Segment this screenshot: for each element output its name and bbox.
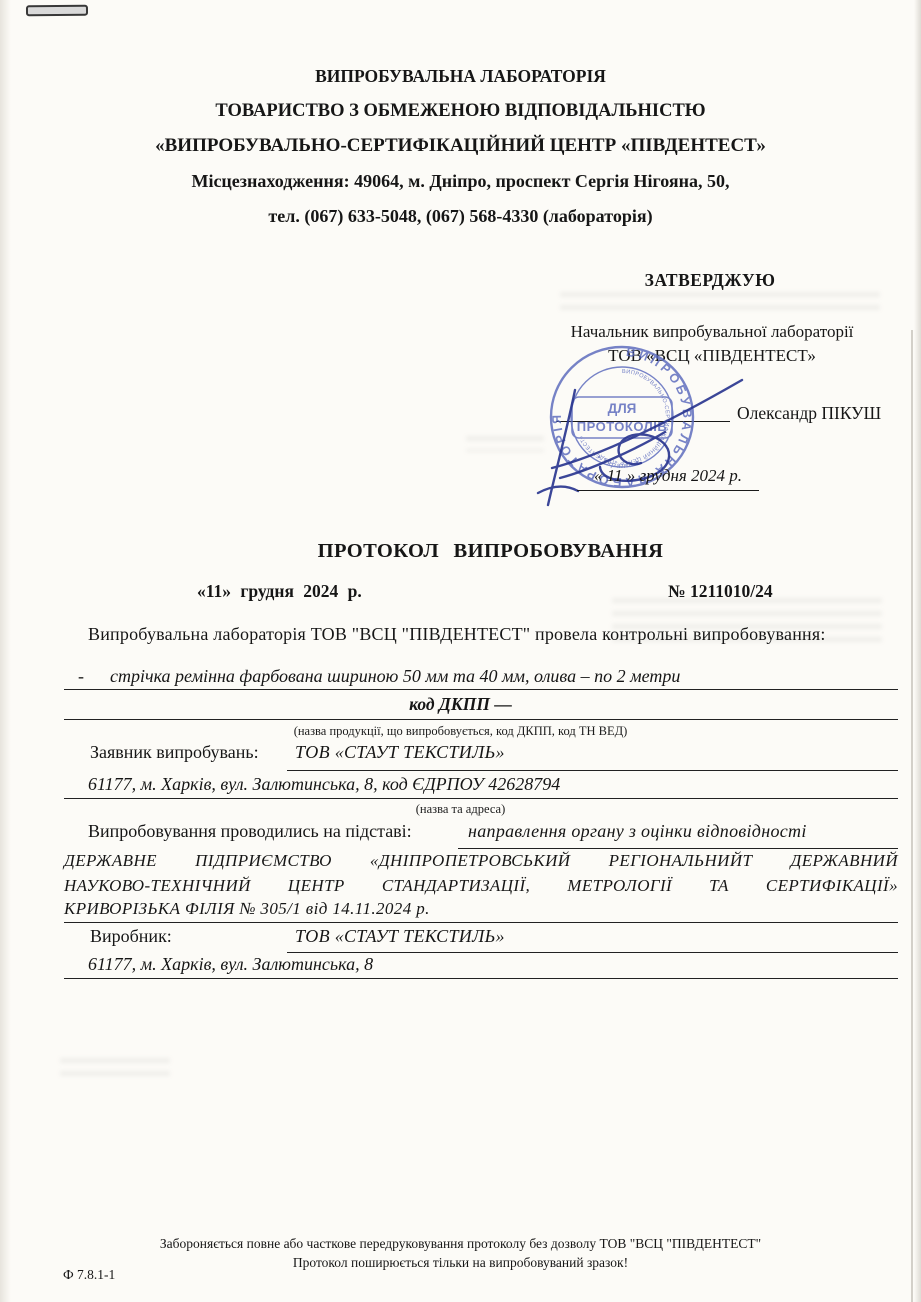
- manufacturer-address: 61177, м. Харків, вул. Залютинська, 8: [88, 954, 373, 975]
- staple-mark: [26, 5, 88, 17]
- bleedthrough-smudge: [560, 292, 880, 318]
- protocol-number: № 1211010/24: [668, 581, 773, 602]
- applicant-caption: (назва та адреса): [0, 802, 921, 817]
- dkpp-code-line: код ДКПП —: [0, 694, 921, 715]
- rule-under-applicant-address: [64, 798, 898, 799]
- basis-detail-line1: ДЕРЖАВНЕ ПІДПРИЄМСТВО «ДНІПРОПЕТРОВСЬКИЙ…: [64, 851, 898, 871]
- protocol-intro: Випробувальна лабораторія ТОВ "ВСЦ "ПІВД…: [88, 624, 900, 645]
- left-scan-shade: [0, 0, 12, 1302]
- basis-detail-line3: КРИВОРІЗЬКА ФІЛІЯ № 305/1 від 14.11.2024…: [64, 899, 430, 919]
- bleedthrough-smudge: [60, 1058, 170, 1076]
- basis-label: Випробовування проводились на підставі:: [88, 821, 412, 842]
- manufacturer-label: Виробник:: [90, 926, 172, 947]
- scanned-protocol-page: ВИПРОБУВАЛЬНА ЛАБОРАТОРІЯ ТОВАРИСТВО З О…: [0, 0, 921, 1302]
- applicant-address: 61177, м. Харків, вул. Залютинська, 8, к…: [88, 774, 560, 795]
- manufacturer-value: ТОВ «СТАУТ ТЕКСТИЛЬ»: [295, 926, 505, 947]
- protocol-title: ПРОТОКОЛ ВИПРОБОВУВАННЯ: [30, 540, 921, 563]
- basis-detail-line2: НАУКОВО-ТЕХНІЧНИЙ ЦЕНТР СТАНДАРТИЗАЦІЇ, …: [64, 876, 898, 896]
- protocol-date: «11» грудня 2024 р.: [197, 581, 362, 602]
- underline-applicant-value: [287, 770, 898, 771]
- sample-caption: (назва продукції, що випробовується, код…: [0, 724, 921, 739]
- rule-under-sample: [64, 689, 898, 690]
- applicant-value: ТОВ «СТАУТ ТЕКСТИЛЬ»: [295, 742, 505, 763]
- rule-under-manufacturer-address: [64, 978, 898, 979]
- form-code: Ф 7.8.1-1: [63, 1267, 115, 1283]
- footer-restriction-line2: Протокол поширюється тільки на випробову…: [0, 1255, 921, 1271]
- approval-date: « 11 » грудня 2024 р.: [577, 466, 759, 491]
- company-name: «ВИПРОБУВАЛЬНО-СЕРТИФІКАЦІЙНИЙ ЦЕНТР «ПІ…: [0, 135, 921, 157]
- rule-under-code: [64, 719, 898, 720]
- footer-restriction-line1: Забороняється повне або часткове передру…: [0, 1236, 921, 1252]
- right-scan-shade: [914, 0, 921, 1302]
- sample-description: стрічка ремінна фарбована шириною 50 мм …: [110, 666, 680, 687]
- lab-name: ВИПРОБУВАЛЬНА ЛАБОРАТОРІЯ: [0, 66, 921, 87]
- underline-manufacturer-value: [287, 952, 898, 953]
- applicant-label: Заявник випробувань:: [90, 742, 259, 763]
- rule-under-basis: [64, 922, 898, 923]
- sample-bullet-dash: -: [78, 666, 84, 687]
- company-phones: тел. (067) 633-5048, (067) 568-4330 (лаб…: [0, 206, 921, 227]
- underline-basis-value: [458, 848, 898, 849]
- company-address: Місцезнаходження: 49064, м. Дніпро, прос…: [0, 171, 921, 192]
- approval-heading: ЗАТВЕРДЖУЮ: [510, 270, 910, 291]
- approver-position-line1: Начальник випробувальної лабораторії: [512, 320, 912, 344]
- company-type: ТОВАРИСТВО З ОБМЕЖЕНОЮ ВІДПОВІДАЛЬНІСТЮ: [0, 101, 921, 122]
- basis-value: направлення органу з оцінки відповідност…: [468, 821, 807, 842]
